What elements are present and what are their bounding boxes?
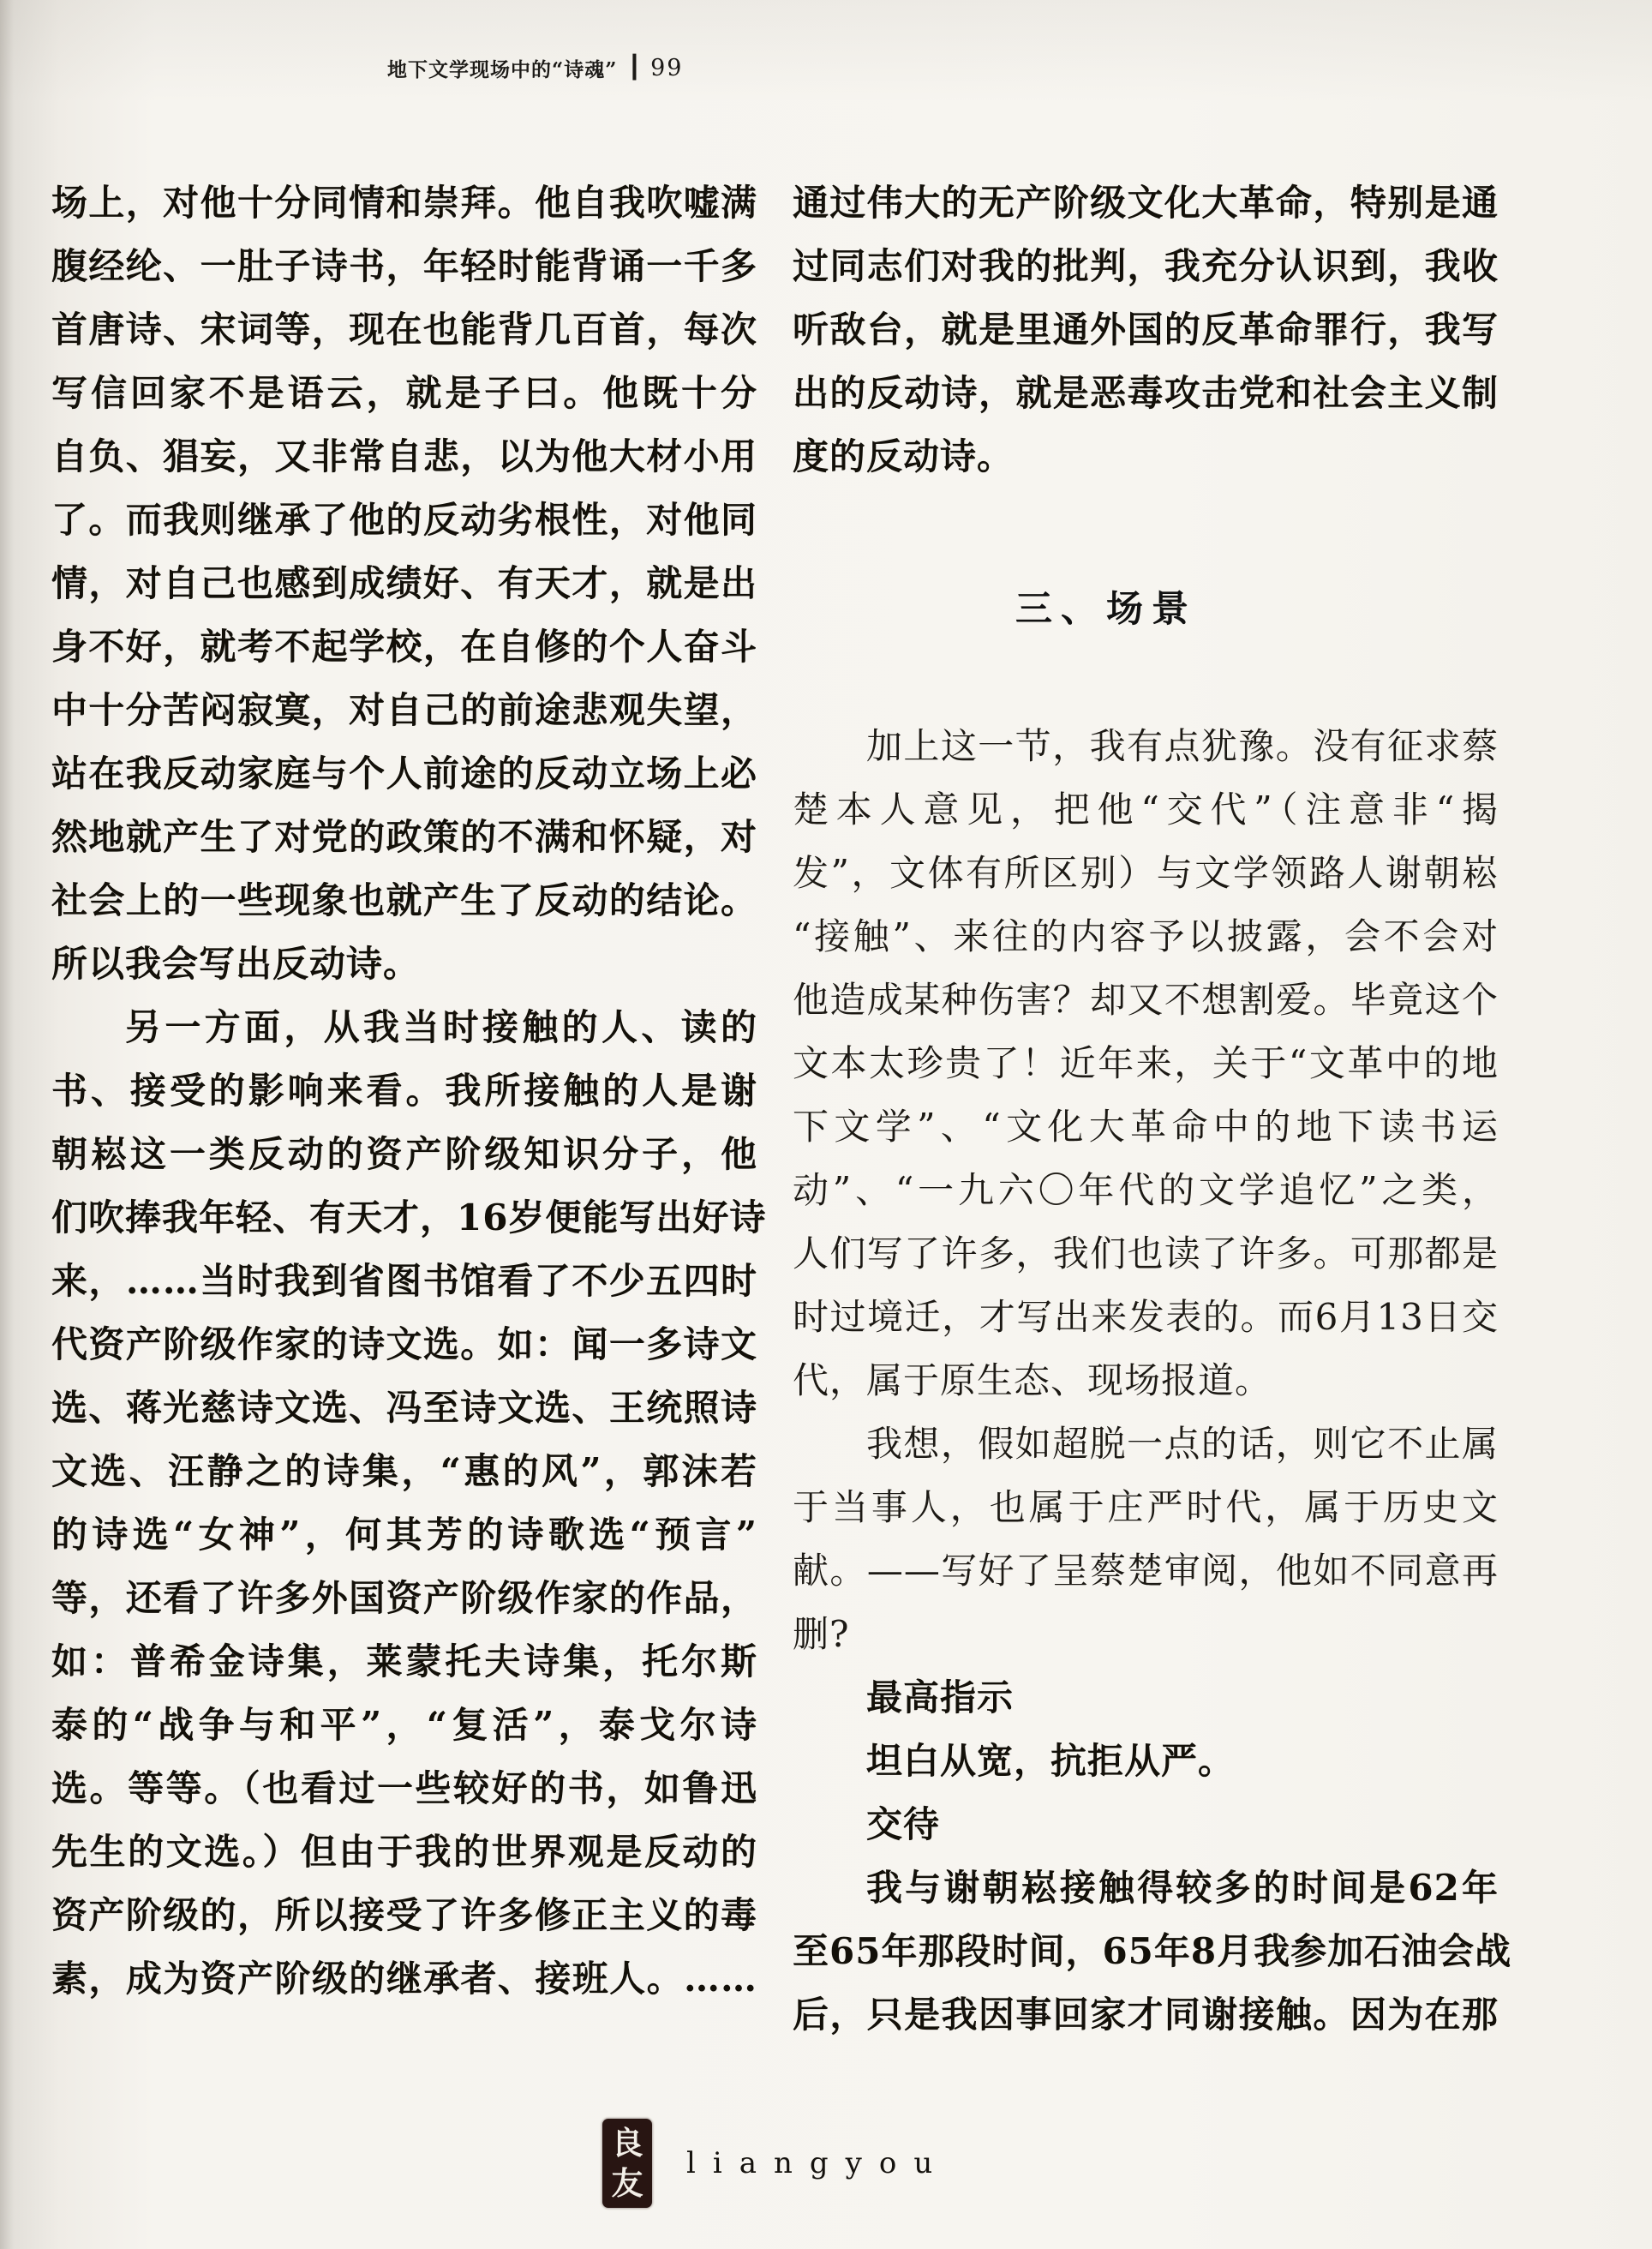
text-line: 楚本人意见，把他“交代”（注意非“揭 xyxy=(793,778,1499,842)
text-line: 首唐诗、宋词等，现在也能背几百首，每次 xyxy=(51,298,757,362)
page-number: 99 xyxy=(650,55,683,81)
publisher-wordmark: liangyou xyxy=(686,2146,949,2180)
publisher-footer: 良 友 liangyou xyxy=(602,2119,949,2208)
seal-character-bottom: 友 xyxy=(612,2163,643,2204)
text-line: 素，成为资产阶级的继承者、接班人。…… xyxy=(51,1947,757,2011)
text-line: 删? xyxy=(793,1603,1499,1666)
text-line: 文本太珍贵了！近年来，关于“文革中的地 xyxy=(793,1032,1499,1095)
text-line: 腹经纶、一肚子诗书，年轻时能背诵一千多 xyxy=(51,235,757,298)
text-line: 然地就产生了对党的政策的不满和怀疑，对 xyxy=(51,806,757,869)
right-column-body-block: 加上这一节，我有点犹豫。没有征求蔡楚本人意见，把他“交代”（注意非“揭发”，文体… xyxy=(793,715,1499,2047)
text-line: 通过伟大的无产阶级文化大革命，特别是通 xyxy=(793,171,1499,235)
text-line: 社会上的一些现象也就产生了反动的结论。 xyxy=(51,869,757,933)
text-line: 代资产阶级作家的诗文选。如：闻一多诗文 xyxy=(51,1313,757,1376)
text-line: 度的反动诗。 xyxy=(793,425,1499,489)
text-line: 自负、猖妄，又非常自悲，以为他大材小用 xyxy=(51,425,757,489)
section-heading: 三、场景 xyxy=(753,578,1459,641)
book-page: { "header": { "title": "地下文学现场中的“诗魂”", "… xyxy=(0,0,1652,2249)
text-line: 听敌台，就是里通外国的反革命罪行，我写 xyxy=(793,298,1499,362)
text-line: 如：普希金诗集，莱蒙托夫诗集，托尔斯 xyxy=(51,1630,757,1694)
text-line: 我想，假如超脱一点的话，则它不止属 xyxy=(793,1412,1499,1476)
text-line: 时过境迁，才写出来发表的。而6月13日交 xyxy=(793,1286,1499,1349)
text-line: 最高指示 xyxy=(793,1666,1499,1730)
text-line: 下文学”、“文化大革命中的地下读书运 xyxy=(793,1095,1499,1159)
text-line: 中十分苦闷寂寞，对自己的前途悲观失望， xyxy=(51,679,757,742)
text-line: 坦白从宽，抗拒从严。 xyxy=(793,1730,1499,1793)
right-column: 通过伟大的无产阶级文化大革命，特别是通过同志们对我的批判，我充分认识到，我收听敌… xyxy=(793,171,1499,2047)
text-line: 场上，对他十分同情和崇拜。他自我吹嘘满 xyxy=(51,171,757,235)
publisher-seal: 良 友 xyxy=(602,2119,652,2208)
text-line: “接触”、来往的内容予以披露，会不会对 xyxy=(793,905,1499,969)
text-line: 资产阶级的，所以接受了许多修正主义的毒 xyxy=(51,1884,757,1947)
text-line: 先生的文选。）但由于我的世界观是反动的 xyxy=(51,1820,757,1884)
right-column-quote-block: 通过伟大的无产阶级文化大革命，特别是通过同志们对我的批判，我充分认识到，我收听敌… xyxy=(793,171,1499,489)
text-line: 朝崧这一类反动的资产阶级知识分子，他 xyxy=(51,1123,757,1186)
text-line: 于当事人，也属于庄严时代，属于历史文 xyxy=(793,1476,1499,1539)
text-line: 的诗选“女神”，何其芳的诗歌选“预言” xyxy=(51,1503,757,1567)
text-line: 站在我反动家庭与个人前途的反动立场上必 xyxy=(51,742,757,806)
text-line: 代，属于原生态、现场报道。 xyxy=(793,1349,1499,1412)
text-line: 泰的“战争与和平”，“复活”，泰戈尔诗 xyxy=(51,1694,757,1757)
text-line: 动”、“一九六〇年代的文学追忆”之类， xyxy=(793,1159,1499,1222)
text-line: 们吹捧我年轻、有天才，16岁便能写出好诗 xyxy=(51,1186,757,1250)
text-line: 他造成某种伤害？却又不想割爱。毕竟这个 xyxy=(793,969,1499,1032)
text-line: 等，还看了许多外国资产阶级作家的作品， xyxy=(51,1567,757,1630)
left-column: 场上，对他十分同情和崇拜。他自我吹嘘满腹经纶、一肚子诗书，年轻时能背诵一千多首唐… xyxy=(51,171,757,2011)
text-line: 我与谢朝崧接触得较多的时间是62年 xyxy=(793,1856,1499,1920)
text-line: 了。而我则继承了他的反动劣根性，对他同 xyxy=(51,489,757,552)
text-line: 另一方面，从我当时接触的人、读的 xyxy=(51,996,757,1059)
text-line: 后，只是我因事回家才同谢接触。因为在那 xyxy=(793,1983,1499,2047)
text-line: 书、接受的影响来看。我所接触的人是谢 xyxy=(51,1059,757,1123)
text-line: 出的反动诗，就是恶毒攻击党和社会主义制 xyxy=(793,362,1499,425)
seal-character-top: 良 xyxy=(612,2123,643,2163)
text-line: 至65年那段时间，65年8月我参加石油会战 xyxy=(793,1920,1499,1983)
text-line: 交待 xyxy=(793,1793,1499,1856)
text-line: 人们写了许多，我们也读了许多。可那都是 xyxy=(793,1222,1499,1286)
text-line: 献。——写好了呈蔡楚审阅，他如不同意再 xyxy=(793,1539,1499,1603)
text-line: 选。等等。（也看过一些较好的书，如鲁迅 xyxy=(51,1757,757,1820)
text-line: 文选、汪静之的诗集，“惠的风”，郭沫若 xyxy=(51,1440,757,1503)
text-line: 选、蒋光慈诗文选、冯至诗文选、王统照诗 xyxy=(51,1376,757,1440)
text-line: 发”，文体有所区别）与文学领路人谢朝崧 xyxy=(793,842,1499,905)
running-header: 地下文学现场中的“诗魂” ┃ 99 xyxy=(387,53,683,82)
text-line: 加上这一节，我有点犹豫。没有征求蔡 xyxy=(793,715,1499,778)
scan-shadow xyxy=(0,0,1652,103)
text-line: 过同志们对我的批判，我充分认识到，我收 xyxy=(793,235,1499,298)
text-line: 写信回家不是语云，就是子曰。他既十分 xyxy=(51,362,757,425)
header-title: 地下文学现场中的“诗魂” xyxy=(387,54,617,82)
text-line: 所以我会写出反动诗。 xyxy=(51,933,757,996)
header-separator-bar: ┃ xyxy=(627,55,642,81)
text-line: 来，……当时我到省图书馆看了不少五四时 xyxy=(51,1250,757,1313)
text-line: 情，对自己也感到成绩好、有天才，就是出 xyxy=(51,552,757,615)
text-line: 身不好，就考不起学校，在自修的个人奋斗 xyxy=(51,615,757,679)
